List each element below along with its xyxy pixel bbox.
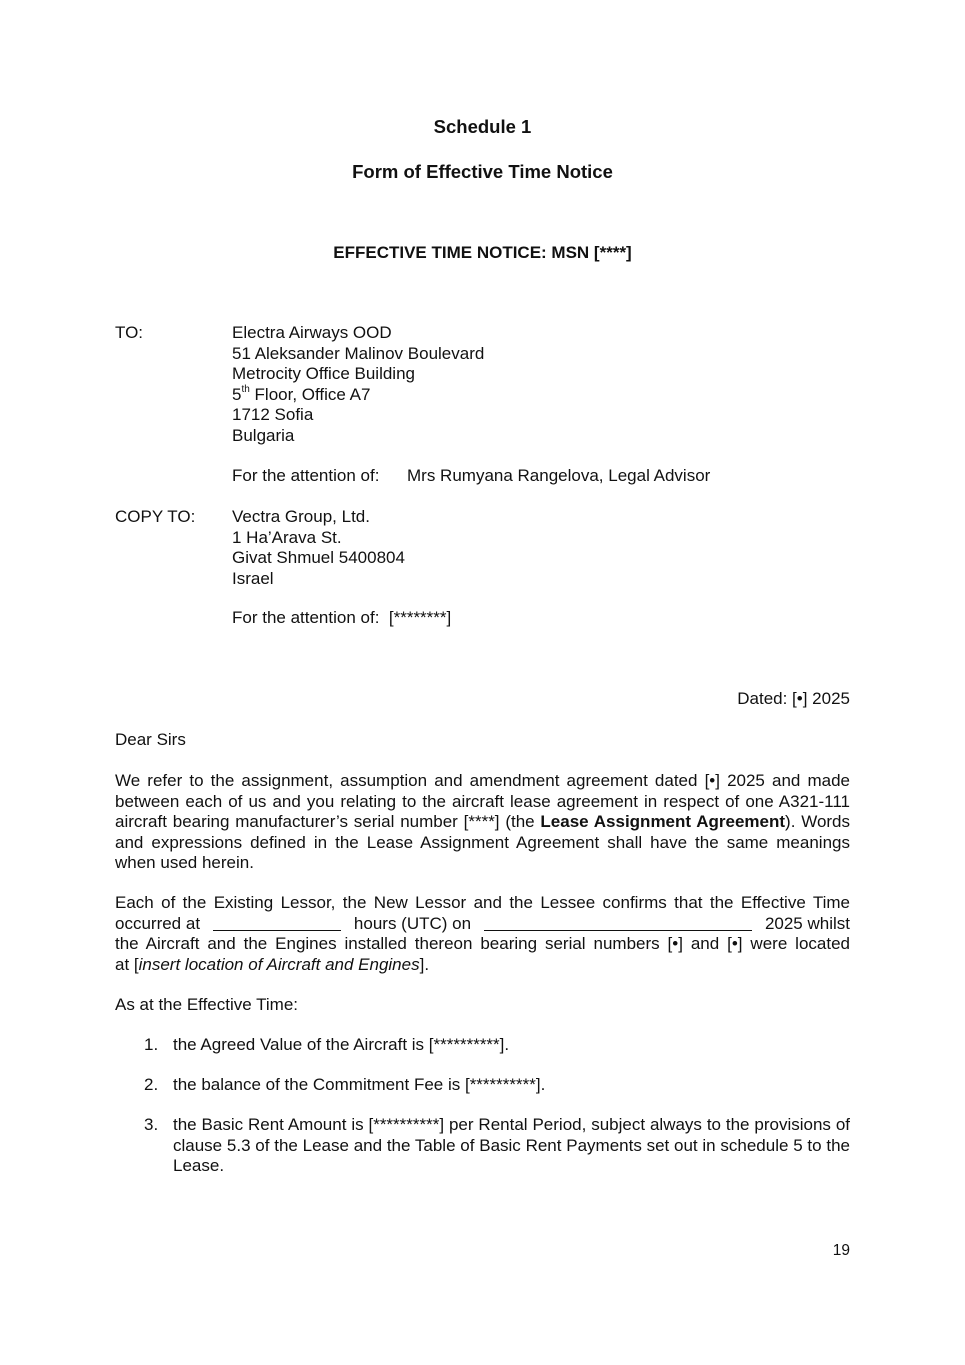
to-city: 1712 Sofia	[232, 405, 484, 426]
paragraph-2-line-1: Each of the Existing Lessor, the New Les…	[115, 893, 850, 914]
to-address-line-1: 51 Aleksander Malinov Boulevard	[232, 344, 484, 365]
to-company: Electra Airways OOD	[232, 323, 484, 344]
location-bracket-open: at [	[115, 955, 139, 974]
as-at-heading: As at the Effective Time:	[115, 995, 850, 1016]
list-item-text: the balance of the Commitment Fee is [**…	[173, 1075, 850, 1096]
occurred-at-text: occurred at	[115, 914, 200, 935]
form-heading: Form of Effective Time Notice	[0, 162, 965, 183]
hours-utc-on-text: hours (UTC) on	[354, 914, 471, 935]
paragraph-reference: We refer to the assignment, assumption a…	[115, 771, 850, 874]
list-item-number: 1.	[144, 1035, 158, 1056]
hours-blank-field[interactable]	[213, 914, 341, 931]
copy-to-country: Israel	[232, 569, 405, 590]
to-address-line-2: Metrocity Office Building	[232, 364, 484, 385]
to-attention-label: For the attention of:	[232, 466, 379, 485]
document-page: Schedule 1 Form of Effective Time Notice…	[0, 0, 965, 1365]
copy-to-attention: For the attention of: [********]	[232, 608, 451, 629]
copy-to-address-block: Vectra Group, Ltd. 1 Ha’Arava St. Givat …	[232, 507, 405, 589]
notice-title: EFFECTIVE TIME NOTICE: MSN [****]	[0, 243, 965, 264]
dated-line: Dated: [•] 2025	[737, 689, 850, 710]
paragraph-2-line-3: the Aircraft and the Engines installed t…	[115, 934, 850, 955]
list-item-number: 2.	[144, 1075, 158, 1096]
to-attention-value: Mrs Rumyana Rangelova, Legal Advisor	[407, 466, 710, 487]
list-item-text: the Agreed Value of the Aircraft is [***…	[173, 1035, 850, 1056]
to-address-block: Electra Airways OOD 51 Aleksander Malino…	[232, 323, 484, 446]
copy-to-attention-value: [********]	[389, 608, 451, 627]
salutation: Dear Sirs	[115, 730, 850, 751]
to-label: TO:	[115, 323, 143, 344]
defined-term-lease-assignment-agreement: Lease Assignment Agreement	[540, 812, 785, 831]
to-country: Bulgaria	[232, 426, 484, 447]
paragraph-2-line-4: at [insert location of Aircraft and Engi…	[115, 955, 850, 976]
copy-to-attention-label: For the attention of:	[232, 608, 379, 627]
floor-rest: Floor, Office A7	[250, 385, 371, 404]
page-number: 19	[833, 1241, 850, 1262]
to-attention: For the attention of: Mrs Rumyana Rangel…	[232, 466, 832, 487]
list-item-text: the Basic Rent Amount is [**********] pe…	[173, 1115, 850, 1177]
list-item-number: 3.	[144, 1115, 158, 1136]
schedule-heading: Schedule 1	[0, 117, 965, 138]
paragraph-2-line-2: occurred at hours (UTC) on 2025 whilst	[115, 914, 850, 935]
paragraph-confirmation: Each of the Existing Lessor, the New Les…	[115, 893, 850, 975]
location-placeholder: insert location of Aircraft and Engines	[139, 955, 420, 974]
location-bracket-close: ].	[420, 955, 429, 974]
floor-suffix: th	[241, 384, 249, 395]
year-whilst-text: 2025 whilst	[765, 914, 850, 935]
copy-to-company: Vectra Group, Ltd.	[232, 507, 405, 528]
paragraph-2-line-1-text: Each of the Existing Lessor, the New Les…	[115, 893, 850, 914]
date-blank-field[interactable]	[484, 914, 752, 931]
copy-to-city: Givat Shmuel 5400804	[232, 548, 405, 569]
copy-to-address-line-1: 1 Ha’Arava St.	[232, 528, 405, 549]
paragraph-2-line-3-text: the Aircraft and the Engines installed t…	[115, 934, 850, 955]
copy-to-label: COPY TO:	[115, 507, 195, 528]
to-floor: 5th Floor, Office A7	[232, 385, 484, 406]
